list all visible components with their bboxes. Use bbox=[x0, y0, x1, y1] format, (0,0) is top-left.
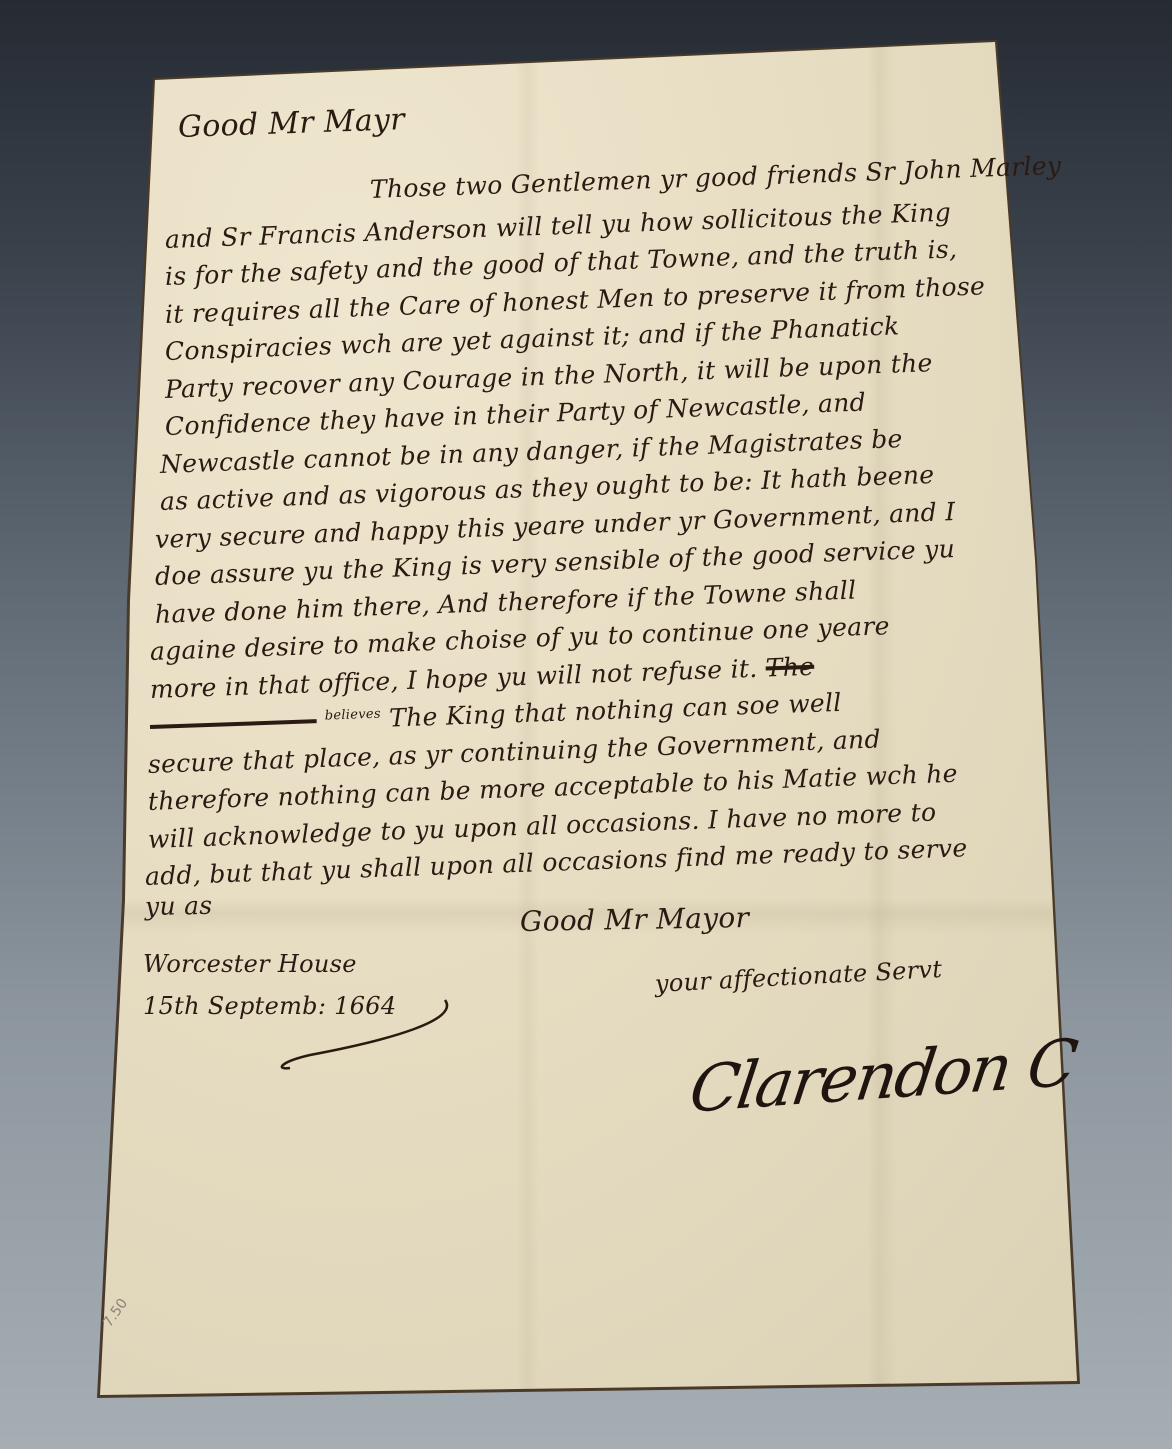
body-line-20: yu as bbox=[145, 891, 213, 921]
struck-word: The bbox=[765, 652, 814, 683]
date-flourish bbox=[270, 990, 460, 1070]
place-line: Worcester House bbox=[143, 950, 357, 978]
closing-salutation: Good Mr Mayor bbox=[520, 901, 750, 938]
struck-phrase bbox=[149, 706, 317, 741]
inserted-word: believes bbox=[324, 707, 381, 724]
